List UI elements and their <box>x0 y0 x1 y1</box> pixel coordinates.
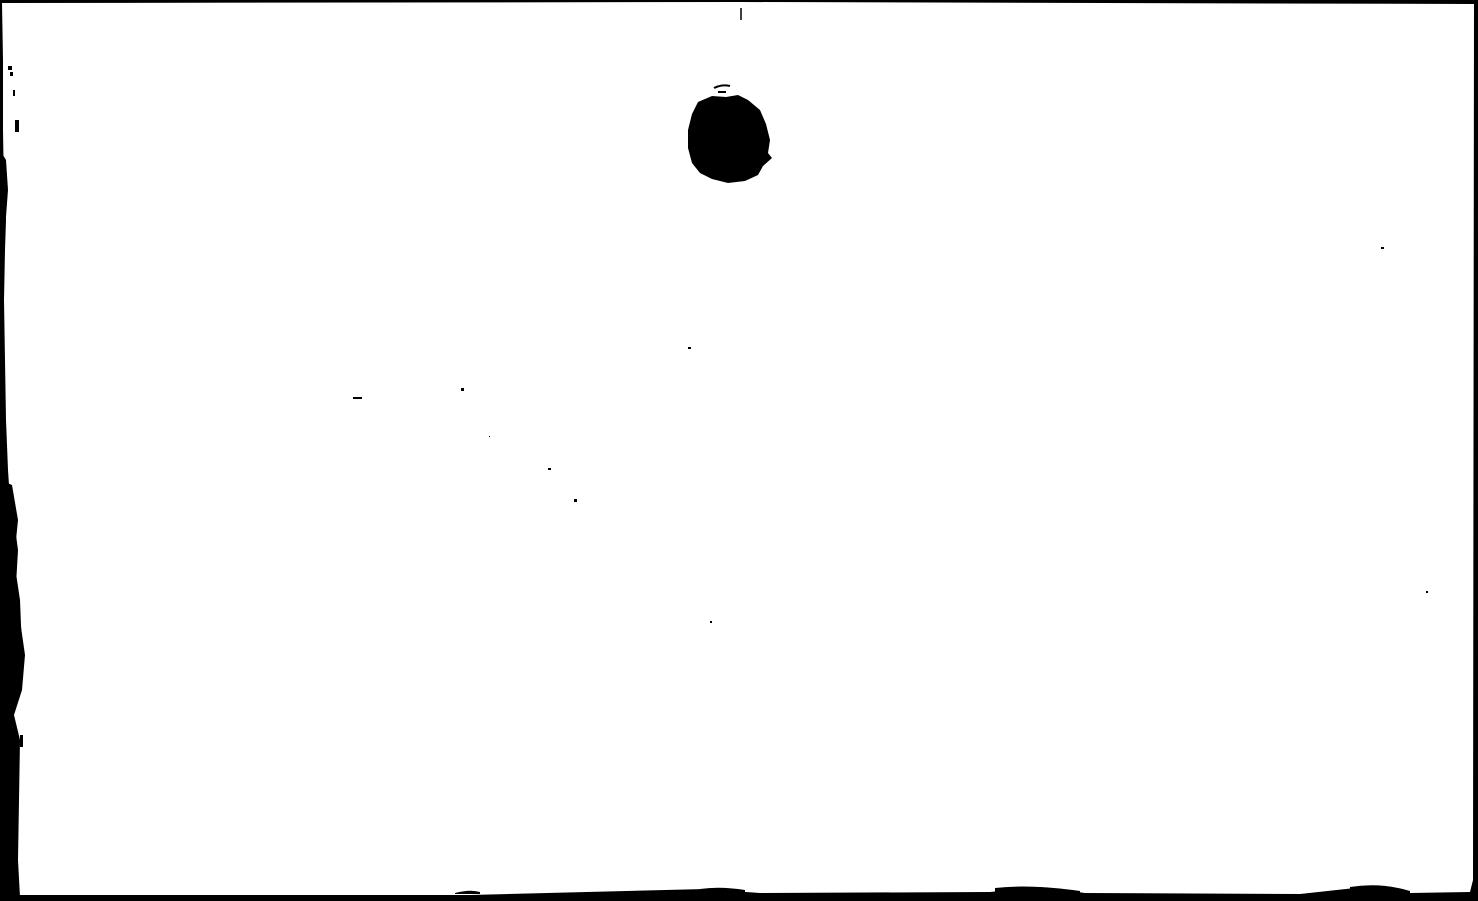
scanned-paper-scene <box>0 0 1478 901</box>
